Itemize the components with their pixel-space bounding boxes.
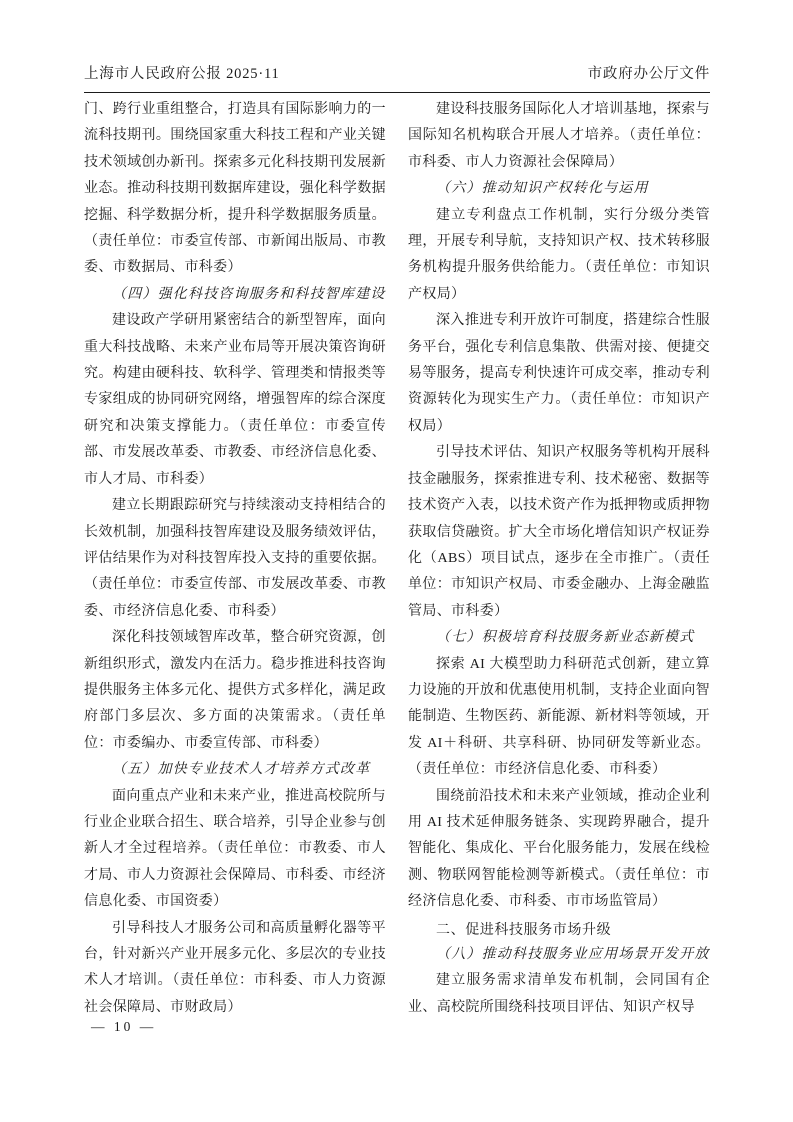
doc-category: 市政府办公厅文件 [588, 62, 710, 83]
paragraph: 建立服务需求清单发布机制，会同国有企业、高校院所围绕科技项目评估、知识产权导 [408, 968, 710, 1021]
section-heading-2: 二、促进科技服务市场升级 [408, 916, 710, 942]
column-right: 建设科技服务国际化人才培训基地，探索与国际知名机构联合开展人才培养。（责任单位：… [408, 97, 710, 1021]
paragraph: 门、跨行业重组整合，打造具有国际影响力的一流科技期刊。围绕国家重大科技工程和产业… [84, 97, 386, 282]
subheading-item-4: （四）强化科技咨询服务和科技智库建设 [84, 282, 386, 308]
running-header: 上海市人民政府公报 2025·11 市政府办公厅文件 [84, 62, 710, 83]
paragraph: 深化科技领域智库改革，整合研究资源，创新组织形式，激发内在活力。稳步推进科技咨询… [84, 625, 386, 757]
paragraph: 建设科技服务国际化人才培训基地，探索与国际知名机构联合开展人才培养。（责任单位：… [408, 97, 710, 176]
paragraph: 引导技术评估、知识产权服务等机构开展科技金融服务，探索推进专利、技术秘密、数据等… [408, 440, 710, 625]
paragraph: 深入推进专利开放许可制度，搭建综合性服务平台，强化专利信息集散、供需对接、便捷交… [408, 308, 710, 440]
paragraph: 引导科技人才服务公司和高质量孵化器等平台，针对新兴产业开展多元化、多层次的专业技… [84, 916, 386, 1022]
header-divider [84, 92, 710, 93]
paragraph: 面向重点产业和未来产业，推进高校院所与行业企业联合招生、联合培养，引导企业参与创… [84, 784, 386, 916]
gazette-title: 上海市人民政府公报 2025·11 [84, 62, 280, 83]
document-body: 门、跨行业重组整合，打造具有国际影响力的一流科技期刊。围绕国家重大科技工程和产业… [84, 97, 710, 1021]
paragraph: 建立长期跟踪研究与持续滚动支持相结合的长效机制，加强科技智库建设及服务绩效评估，… [84, 493, 386, 625]
subheading-item-6: （六）推动知识产权转化与运用 [408, 176, 710, 202]
paragraph: 探索 AI 大模型助力科研范式创新，建立算力设施的开放和优惠使用机制，支持企业面… [408, 652, 710, 784]
paragraph: 建设政产学研用紧密结合的新型智库，面向重大科技战略、未来产业布局等开展决策咨询研… [84, 308, 386, 493]
gazette-page: 上海市人民政府公报 2025·11 市政府办公厅文件 门、跨行业重组整合，打造具… [0, 0, 793, 1122]
column-left: 门、跨行业重组整合，打造具有国际影响力的一流科技期刊。围绕国家重大科技工程和产业… [84, 97, 386, 1021]
subheading-item-5: （五）加快专业技术人才培养方式改革 [84, 757, 386, 783]
subheading-item-8: （八）推动科技服务业应用场景开发开放 [408, 942, 710, 968]
paragraph: 建立专利盘点工作机制，实行分级分类管理，开展专利导航，支持知识产权、技术转移服务… [408, 203, 710, 309]
paragraph: 围绕前沿技术和未来产业领域，推动企业利用 AI 技术延伸服务链条、实现跨界融合，… [408, 784, 710, 916]
page-number: — 10 — [91, 1019, 156, 1035]
subheading-item-7: （七）积极培育科技服务新业态新模式 [408, 625, 710, 651]
